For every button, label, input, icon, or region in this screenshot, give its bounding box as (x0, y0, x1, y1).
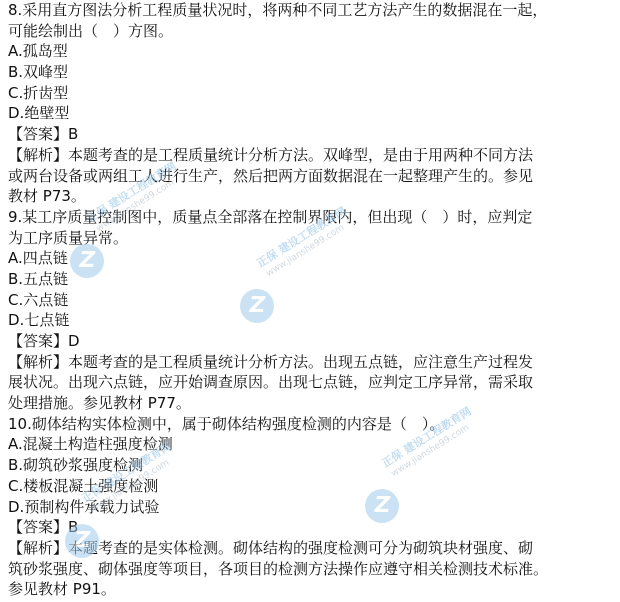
question-stem: 10.砌体结构实体检测中，属于砌体结构强度检测的内容是（ ）。 (8, 414, 618, 435)
analysis: 教材 P73。 (8, 186, 618, 207)
option-d: D.七点链 (8, 310, 618, 331)
answer: 【答案】D (8, 331, 618, 352)
option-c: C.六点链 (8, 290, 618, 311)
question-stem: 8.采用直方图法分析工程质量状况时，将两种不同工艺方法产生的数据混在一起， (8, 0, 618, 21)
option-a: A.四点链 (8, 248, 618, 269)
answer: 【答案】B (8, 124, 618, 145)
analysis: 处理措施。参见教材 P77。 (8, 393, 618, 414)
option-c: C.楼板混凝土强度检测 (8, 476, 618, 497)
option-b: B.双峰型 (8, 62, 618, 83)
option-b: B.五点链 (8, 269, 618, 290)
option-a: A.孤岛型 (8, 41, 618, 62)
analysis: 【解析】本题考查的是实体检测。砌体结构的强度检测可分为砌筑块材强度、砌 (8, 538, 618, 559)
question-stem: 为工序质量异常。 (8, 228, 618, 249)
analysis: 展状况。出现六点链，应开始调查原因。出现七点链，应判定工序异常，需采取 (8, 372, 618, 393)
analysis: 筑砂浆强度、砌体强度等项目，各项目的检测方法操作应遵守相关检测技术标准。 (8, 559, 618, 580)
question-9: 9.某工序质量控制图中，质量点全部落在控制界限内，但出现（ ）时，应判定 为工序… (8, 207, 618, 414)
option-b: B.砌筑砂浆强度检测 (8, 455, 618, 476)
question-10: 10.砌体结构实体检测中，属于砌体结构强度检测的内容是（ ）。 A.混凝土构造柱… (8, 414, 618, 600)
option-d: D.绝壁型 (8, 103, 618, 124)
question-8: 8.采用直方图法分析工程质量状况时，将两种不同工艺方法产生的数据混在一起， 可能… (8, 0, 618, 207)
question-stem: 可能绘制出（ ）方图。 (8, 21, 618, 42)
analysis: 【解析】本题考查的是工程质量统计分析方法。出现五点链，应注意生产过程发 (8, 352, 618, 373)
analysis: 【解析】本题考查的是工程质量统计分析方法。双峰型，是由于用两种不同方法 (8, 145, 618, 166)
analysis: 或两台设备或两组工人进行生产，然后把两方面数据混在一起整理产生的。参见 (8, 166, 618, 187)
exam-document: 8.采用直方图法分析工程质量状况时，将两种不同工艺方法产生的数据混在一起， 可能… (8, 0, 618, 600)
option-d: D.预制构件承载力试验 (8, 497, 618, 518)
question-stem: 9.某工序质量控制图中，质量点全部落在控制界限内，但出现（ ）时，应判定 (8, 207, 618, 228)
option-a: A.混凝土构造柱强度检测 (8, 434, 618, 455)
option-c: C.折齿型 (8, 83, 618, 104)
answer: 【答案】B (8, 517, 618, 538)
analysis: 参见教材 P91。 (8, 579, 618, 600)
